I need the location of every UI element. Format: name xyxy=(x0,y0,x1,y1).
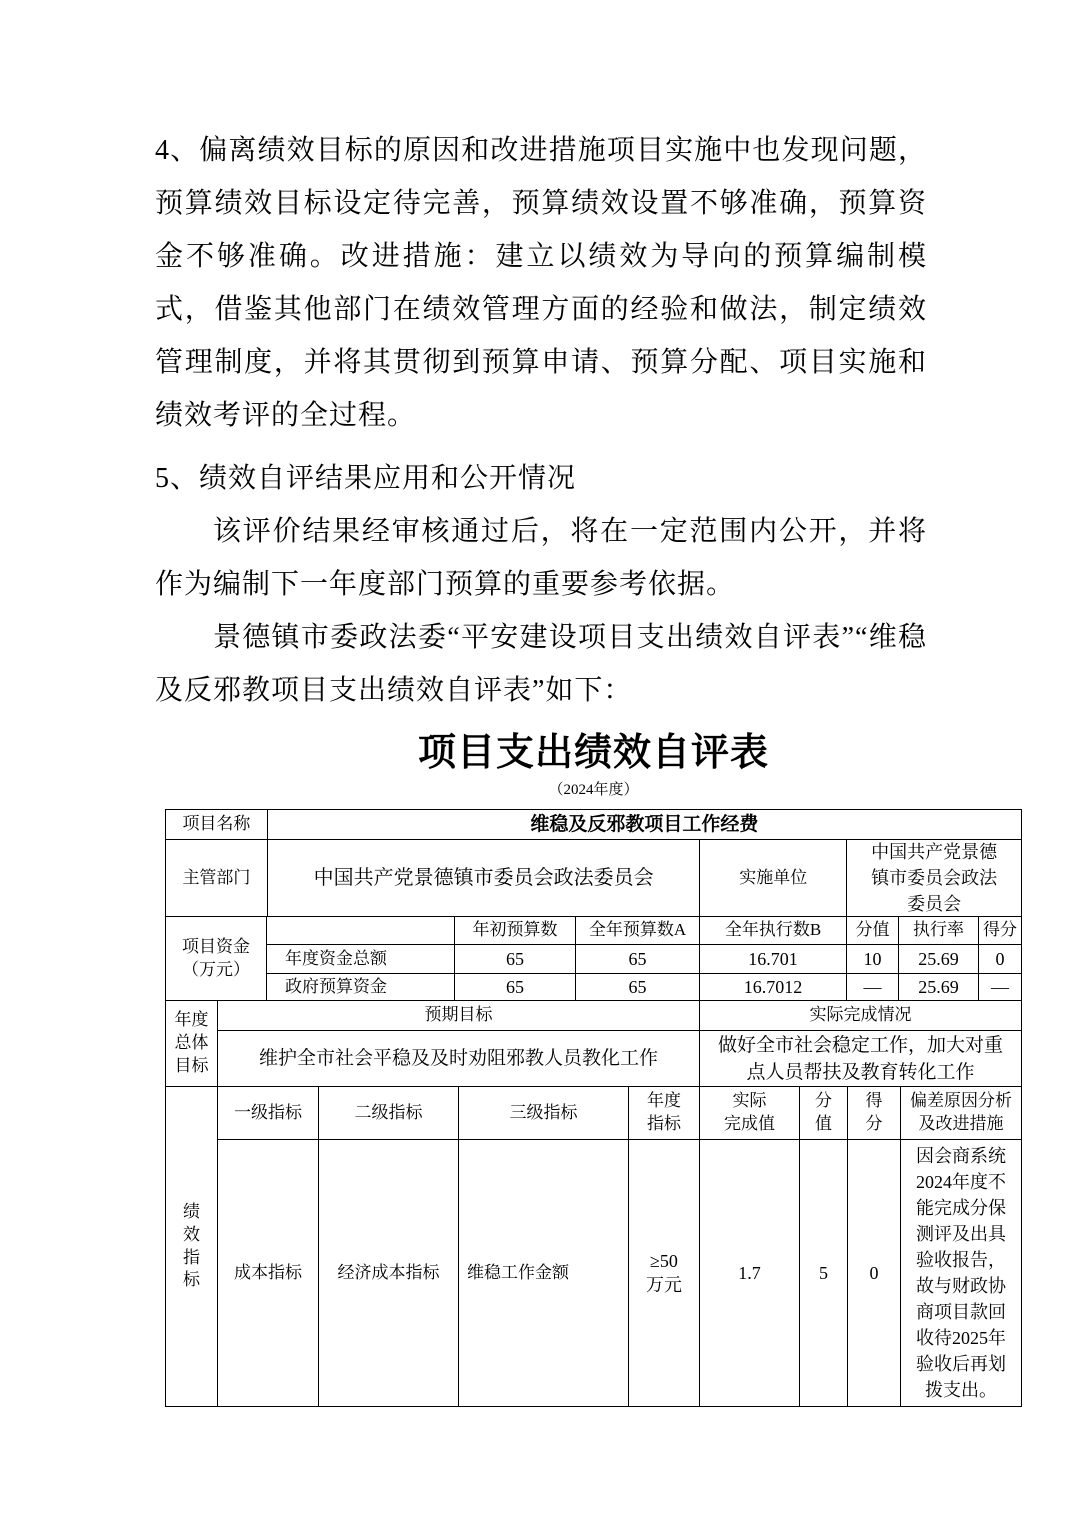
dept-label: 主管部门 xyxy=(166,840,268,917)
indicator-points: 5 xyxy=(800,1140,848,1407)
header-annual-target: 年度 指标 xyxy=(629,1087,700,1140)
funds-gov-score: — xyxy=(979,974,1022,1001)
funds-header-empty xyxy=(267,917,455,945)
funds-gov-points: — xyxy=(847,974,899,1001)
indicator-annual-target: ≥50 万元 xyxy=(629,1140,700,1407)
funds-header-annual-budget: 全年预算数A xyxy=(576,917,700,945)
indicator-level1: 成本指标 xyxy=(218,1140,319,1407)
paragraph-table-intro: 景德镇市委政法委“平安建设项目支出绩效自评表”“维稳及反邪教项目支出绩效自评表”… xyxy=(155,611,927,717)
indicator-actual-value: 1.7 xyxy=(700,1140,800,1407)
funds-header-initial-budget: 年初预算数 xyxy=(455,917,576,945)
funds-total-rate: 25.69 xyxy=(899,945,979,974)
funds-gov-name: 政府预算资金 xyxy=(267,974,455,1001)
header-level1: 一级指标 xyxy=(218,1087,319,1140)
indicators-label: 绩 效 指 标 xyxy=(166,1087,218,1407)
funds-gov-rate: 25.69 xyxy=(899,974,979,1001)
indicators-header-row: 一级指标 二级指标 三级指标 年度 指标 实际 完成值 分 值 得 分 偏差原因… xyxy=(218,1087,1022,1140)
funds-header-rate: 执行率 xyxy=(899,917,979,945)
annual-goal-header-row: 预期目标 实际完成情况 xyxy=(218,1001,1022,1031)
funds-row-total: 年度资金总额 65 65 16.701 10 25.69 0 xyxy=(267,945,1022,974)
expected-goal-header: 预期目标 xyxy=(218,1001,700,1031)
funds-gov-initial: 65 xyxy=(455,974,576,1001)
funds-header-row: 年初预算数 全年预算数A 全年执行数B 分值 执行率 得分 xyxy=(267,917,1022,945)
header-actual-value: 实际 完成值 xyxy=(700,1087,800,1140)
performance-self-evaluation-table: 项目名称 维稳及反邪教项目工作经费 主管部门 中国共产党景德镇市委员会政法委员会… xyxy=(165,809,1022,1407)
header-level3: 三级指标 xyxy=(459,1087,629,1140)
funds-total-annual: 65 xyxy=(576,945,700,974)
header-deviation: 偏差原因分析 及改进措施 xyxy=(901,1087,1022,1140)
section-project-funds: 项目资金 （万元） 年初预算数 全年预算数A 全年执行数B 分值 执行率 得分 … xyxy=(166,917,1022,1001)
paragraph-result-usage: 该评价结果经审核通过后，将在一定范围内公开，并将作为编制下一年度部门预算的重要参… xyxy=(155,505,927,611)
indicator-level3: 维稳工作金额 xyxy=(459,1140,629,1407)
paragraph-reasons-measures: 4、偏离绩效目标的原因和改进措施项目实施中也发现问题，预算绩效目标设定待完善，预… xyxy=(155,124,927,442)
actual-completion-value: 做好全市社会稳定工作，加大对重 点人员帮扶及教育转化工作 xyxy=(700,1031,1022,1087)
indicators-body: 一级指标 二级指标 三级指标 年度 指标 实际 完成值 分 值 得 分 偏差原因… xyxy=(218,1087,1022,1407)
funds-total-initial: 65 xyxy=(455,945,576,974)
actual-completion-header: 实际完成情况 xyxy=(700,1001,1022,1031)
row-departments: 主管部门 中国共产党景德镇市委员会政法委员会 实施单位 中国共产党景德 镇市委员… xyxy=(166,840,1022,917)
indicators-data-row: 成本指标 经济成本指标 维稳工作金额 ≥50 万元 1.7 5 0 因会商系统 … xyxy=(218,1140,1022,1407)
table-subtitle: （2024年度） xyxy=(165,779,1022,801)
funds-gov-executed: 16.7012 xyxy=(700,974,847,1001)
funds-body: 年初预算数 全年预算数A 全年执行数B 分值 执行率 得分 年度资金总额 65 … xyxy=(267,917,1022,1001)
annual-goal-content-row: 维护全市社会平稳及及时劝阻邪教人员教化工作 做好全市社会稳定工作，加大对重 点人… xyxy=(218,1031,1022,1087)
section-annual-goal: 年度 总体 目标 预期目标 实际完成情况 维护全市社会平稳及及时劝阻邪教人员教化… xyxy=(166,1001,1022,1087)
indicator-deviation: 因会商系统 2024年度不 能完成分保 测评及出具 验收报告， 故与财政协 商项… xyxy=(901,1140,1022,1407)
project-name-label: 项目名称 xyxy=(166,810,268,840)
funds-header-executed: 全年执行数B xyxy=(700,917,847,945)
annual-goal-label: 年度 总体 目标 xyxy=(166,1001,218,1087)
row-project-name: 项目名称 维稳及反邪教项目工作经费 xyxy=(166,810,1022,840)
indicator-score: 0 xyxy=(848,1140,901,1407)
header-score: 得 分 xyxy=(848,1087,901,1140)
project-name-value: 维稳及反邪教项目工作经费 xyxy=(268,810,1022,840)
section-performance-indicators: 绩 效 指 标 一级指标 二级指标 三级指标 年度 指标 实际 完成值 分 值 … xyxy=(166,1087,1022,1407)
funds-total-score: 0 xyxy=(979,945,1022,974)
funds-total-executed: 16.701 xyxy=(700,945,847,974)
funds-header-points: 分值 xyxy=(847,917,899,945)
impl-unit-label: 实施单位 xyxy=(700,840,847,917)
header-points: 分 值 xyxy=(800,1087,848,1140)
table-title: 项目支出绩效自评表 xyxy=(165,729,1022,777)
funds-gov-annual: 65 xyxy=(576,974,700,1001)
impl-unit-value: 中国共产党景德 镇市委员会政法 委员会 xyxy=(847,840,1022,917)
funds-total-points: 10 xyxy=(847,945,899,974)
paragraph-heading-5: 5、绩效自评结果应用和公开情况 xyxy=(155,452,927,505)
funds-header-score: 得分 xyxy=(979,917,1022,945)
header-level2: 二级指标 xyxy=(319,1087,459,1140)
dept-value: 中国共产党景德镇市委员会政法委员会 xyxy=(268,840,701,917)
funds-row-gov: 政府预算资金 65 65 16.7012 — 25.69 — xyxy=(267,974,1022,1001)
table-area: 项目支出绩效自评表 （2024年度） 项目名称 维稳及反邪教项目工作经费 主管部… xyxy=(165,717,1022,1407)
annual-goal-body: 预期目标 实际完成情况 维护全市社会平稳及及时劝阻邪教人员教化工作 做好全市社会… xyxy=(218,1001,1022,1087)
body-text: 4、偏离绩效目标的原因和改进措施项目实施中也发现问题，预算绩效目标设定待完善，预… xyxy=(155,124,927,717)
funds-label: 项目资金 （万元） xyxy=(166,917,267,1001)
funds-total-name: 年度资金总额 xyxy=(267,945,455,974)
expected-goal-value: 维护全市社会平稳及及时劝阻邪教人员教化工作 xyxy=(218,1031,700,1087)
indicator-level2: 经济成本指标 xyxy=(319,1140,459,1407)
